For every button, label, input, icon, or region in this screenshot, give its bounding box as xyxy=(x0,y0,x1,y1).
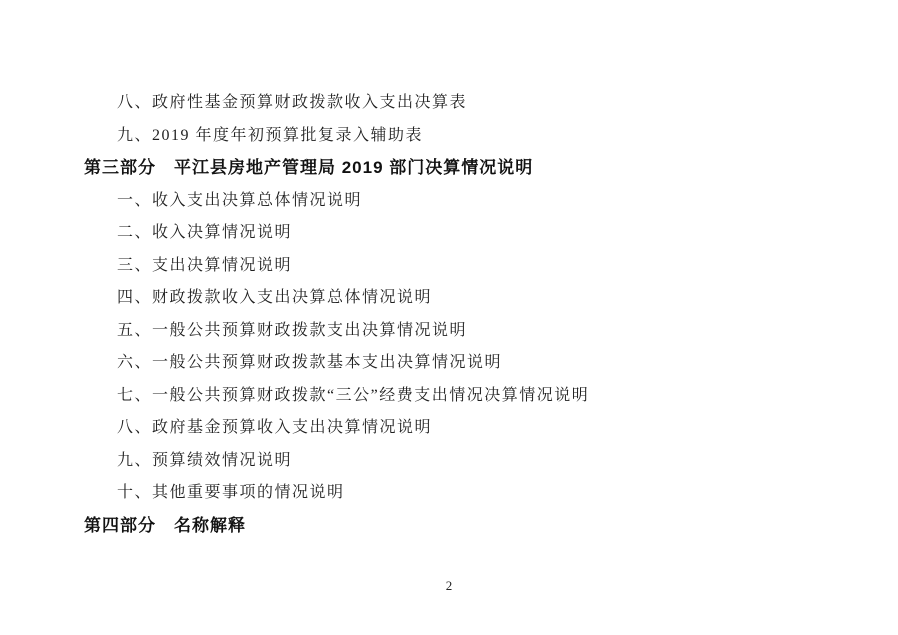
document-page: 八、政府性基金预算财政拨款收入支出决算表 九、2019 年度年初预算批复录入辅助… xyxy=(0,0,898,635)
toc-entry: 九、2019 年度年初预算批复录入辅助表 xyxy=(84,120,838,153)
toc-entry: 二、收入决算情况说明 xyxy=(84,217,838,250)
toc-entry: 五、一般公共预算财政拨款支出决算情况说明 xyxy=(84,315,838,348)
toc-entry: 八、政府基金预算收入支出决算情况说明 xyxy=(84,412,838,445)
page-number: 2 xyxy=(0,578,898,594)
section-heading-part3: 第三部分 平江县房地产管理局 2019 部门决算情况说明 xyxy=(84,152,838,185)
section-heading-part4: 第四部分 名称解释 xyxy=(84,510,838,543)
toc-entry: 六、一般公共预算财政拨款基本支出决算情况说明 xyxy=(84,347,838,380)
toc-entry: 七、一般公共预算财政拨款“三公”经费支出情况决算情况说明 xyxy=(84,380,838,413)
toc-entry: 八、政府性基金预算财政拨款收入支出决算表 xyxy=(84,87,838,120)
toc-entry: 十、其他重要事项的情况说明 xyxy=(84,477,838,510)
toc-entry: 一、收入支出决算总体情况说明 xyxy=(84,185,838,218)
toc-entry: 四、财政拨款收入支出决算总体情况说明 xyxy=(84,282,838,315)
toc-content: 八、政府性基金预算财政拨款收入支出决算表 九、2019 年度年初预算批复录入辅助… xyxy=(84,87,838,542)
toc-entry: 三、支出决算情况说明 xyxy=(84,250,838,283)
toc-entry: 九、预算绩效情况说明 xyxy=(84,445,838,478)
